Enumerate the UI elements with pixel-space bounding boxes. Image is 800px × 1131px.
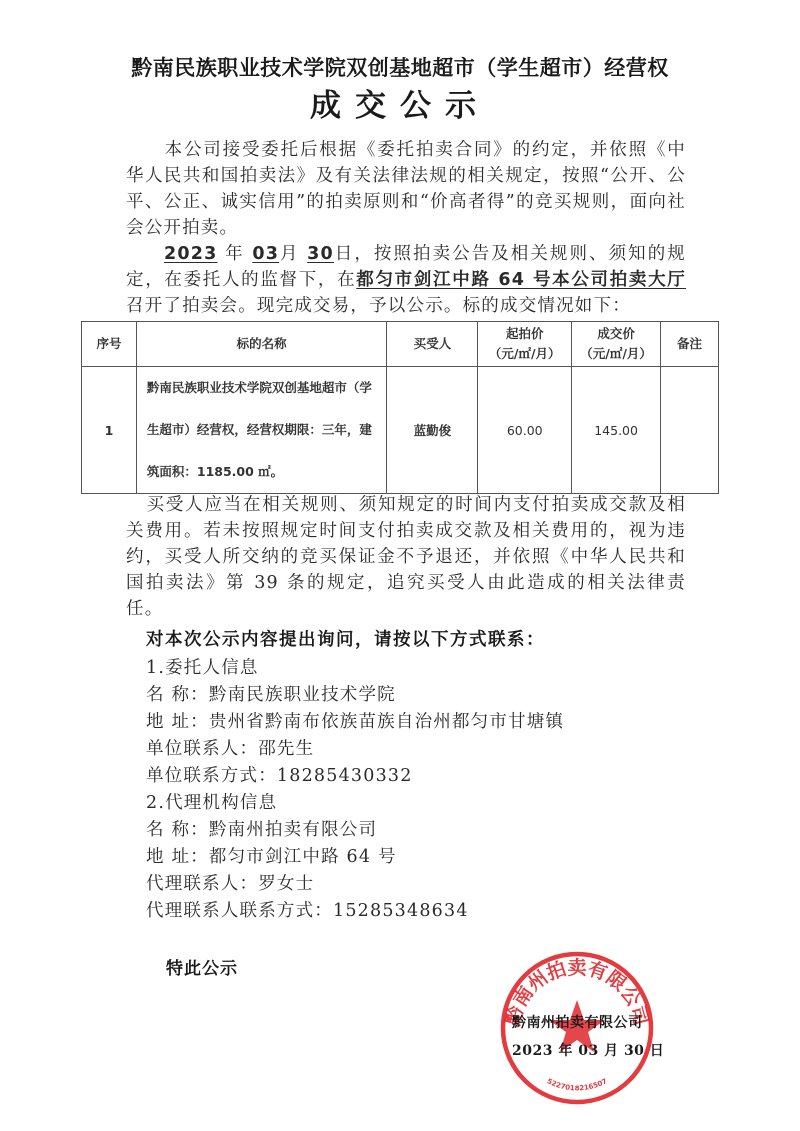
cell-remark: [661, 367, 719, 494]
agent-person: 罗女士: [258, 874, 314, 894]
agent-phone-line: 代理联系人联系方式：15285348634: [146, 898, 469, 924]
month-unit: 月: [279, 244, 299, 264]
label: 名 称：: [146, 820, 209, 840]
start-price-unit: （元/㎡/月）: [478, 344, 571, 364]
cell-name: 黔南民族职业技术学院双创基地超市（学生超市）经营权，经营权期限：三年，建筑面积：…: [136, 367, 387, 494]
principal-phone: 18285430332: [277, 766, 413, 786]
signature-organization: 黔南州拍卖有限公司: [512, 1012, 643, 1032]
deal-price-label: 成交价: [572, 324, 660, 344]
svg-text:5227018216507: 5227018216507: [546, 1077, 609, 1092]
day-unit: 日: [334, 244, 354, 264]
principal-name: 黔南民族职业技术学院: [209, 685, 396, 705]
cell-deal-price: 145.00: [572, 367, 661, 494]
signature-date: 2023 年 03 月 30 日: [512, 1040, 664, 1060]
obligation-paragraph: 买受人应当在相关规则、须知规定的时间内支付拍卖成交款及相关费用。若未按照规定时间…: [126, 492, 686, 622]
label: 代理联系人：: [146, 874, 258, 894]
table-header-row: 序号 标的名称 买受人 起拍价 （元/㎡/月） 成交价 （元/㎡/月） 备注: [82, 322, 719, 367]
label: 单位联系人：: [146, 739, 258, 759]
agent-address: 都匀市剑江中路 64 号: [209, 847, 397, 867]
principal-phone-line: 单位联系方式：18285430332: [146, 763, 413, 789]
label: 单位联系方式：: [146, 766, 277, 786]
year-unit: 年: [225, 244, 245, 264]
label: 地 址：: [146, 712, 209, 732]
label: 代理联系人联系方式：: [146, 901, 333, 921]
header-buyer: 买受人: [387, 322, 478, 367]
header-start-price: 起拍价 （元/㎡/月）: [478, 322, 572, 367]
deal-price-unit: （元/㎡/月）: [572, 344, 660, 364]
label: 名 称：: [146, 685, 209, 705]
auction-month: 03: [252, 244, 279, 264]
auction-date-paragraph: 2023 年 03月 30日，按照拍卖公告及相关规则、须知的规定，在委托人的监督…: [126, 241, 686, 319]
header-name: 标的名称: [136, 322, 387, 367]
document-title: 黔南民族职业技术学院双创基地超市（学生超市）经营权: [0, 52, 800, 82]
label: 地 址：: [146, 847, 209, 867]
auction-day: 30: [307, 244, 334, 264]
principal-section-title: 1.委托人信息: [146, 655, 259, 681]
start-price-label: 起拍价: [478, 324, 571, 344]
auction-year: 2023: [164, 244, 218, 264]
agent-section-title: 2.代理机构信息: [146, 790, 277, 816]
principal-address-line: 地 址：贵州省黔南布依族苗族自治州都匀市甘塘镇: [146, 709, 564, 735]
contact-heading: 对本次公示内容提出询问，请按以下方式联系：: [146, 626, 545, 651]
agent-name-line: 名 称：黔南州拍卖有限公司: [146, 817, 377, 843]
auction-desc-b: 召开了拍卖会。现完成交易，予以公示。标的成交情况如下：: [126, 296, 631, 316]
document-subtitle: 成交公示: [0, 80, 800, 125]
principal-person: 邵先生: [258, 739, 314, 759]
closing-text: 特此公示: [166, 954, 238, 979]
principal-address: 贵州省黔南布依族苗族自治州都匀市甘塘镇: [209, 712, 564, 732]
agent-phone: 15285348634: [333, 901, 469, 921]
table-row: 1 黔南民族职业技术学院双创基地超市（学生超市）经营权，经营权期限：三年，建筑面…: [82, 367, 719, 494]
agent-name: 黔南州拍卖有限公司: [209, 820, 377, 840]
intro-text: 本公司接受委托后根据《委托拍卖合同》的约定，并依照《中华人民共和国拍卖法》及有关…: [126, 140, 686, 238]
transaction-table: 序号 标的名称 买受人 起拍价 （元/㎡/月） 成交价 （元/㎡/月） 备注 1…: [81, 321, 719, 494]
principal-name-line: 名 称：黔南民族职业技术学院: [146, 682, 396, 708]
cell-start-price: 60.00: [478, 367, 572, 494]
obligation-text: 买受人应当在相关规则、须知规定的时间内支付拍卖成交款及相关费用。若未按照规定时间…: [126, 495, 686, 619]
principal-person-line: 单位联系人：邵先生: [146, 736, 314, 762]
header-seq: 序号: [82, 322, 137, 367]
cell-buyer: 蓝勤俊: [387, 367, 478, 494]
agent-person-line: 代理联系人：罗女士: [146, 871, 314, 897]
header-remark: 备注: [661, 322, 719, 367]
cell-seq: 1: [82, 367, 137, 494]
header-deal-price: 成交价 （元/㎡/月）: [572, 322, 661, 367]
agent-address-line: 地 址：都匀市剑江中路 64 号: [146, 844, 397, 870]
auction-venue: 都匀市剑江中路 64 号本公司拍卖大厅: [356, 270, 686, 290]
intro-paragraph: 本公司接受委托后根据《委托拍卖合同》的约定，并依照《中华人民共和国拍卖法》及有关…: [126, 137, 686, 241]
auction-notice-page: 黔南民族职业技术学院双创基地超市（学生超市）经营权 成交公示 本公司接受委托后根…: [0, 0, 800, 1131]
